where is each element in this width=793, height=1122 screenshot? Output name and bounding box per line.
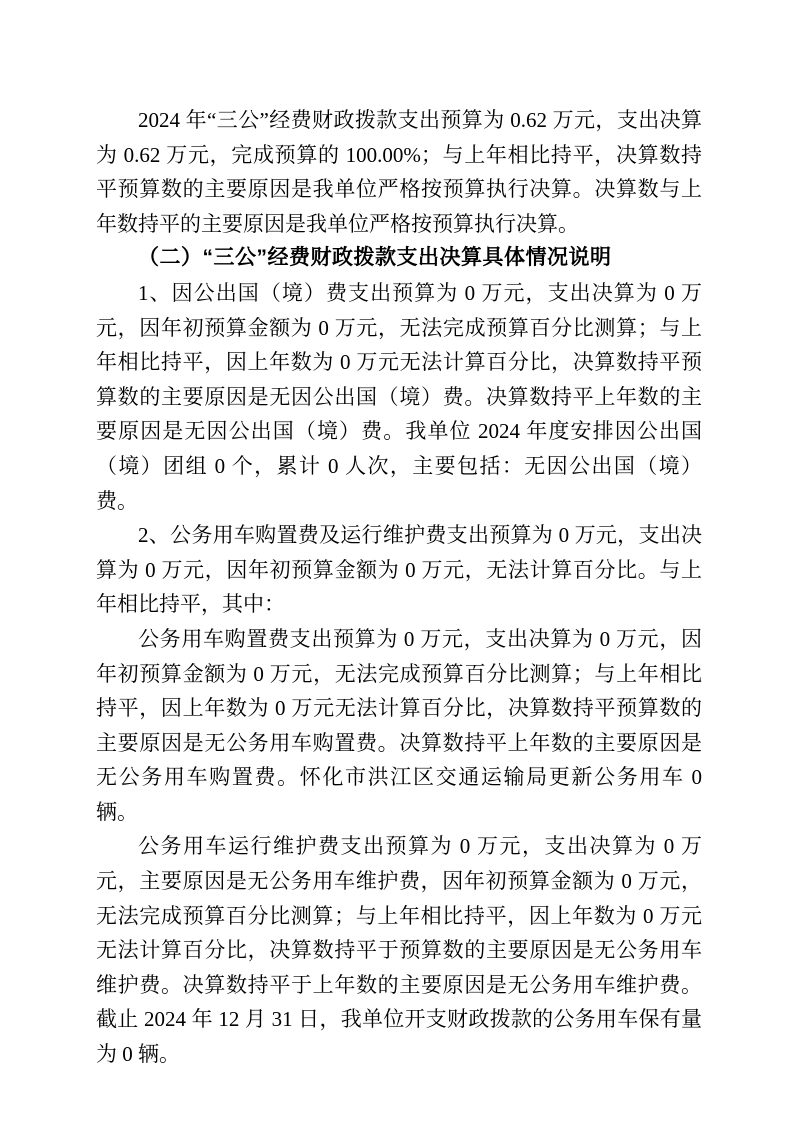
- document-page: 2024 年“三公”经费财政拨款支出预算为 0.62 万元，支出决算为 0.62…: [0, 0, 793, 1122]
- document-body: 2024 年“三公”经费财政拨款支出预算为 0.62 万元，支出决算为 0.62…: [96, 103, 702, 1072]
- paragraph-vehicle-maintenance: 公务用车运行维护费支出预算为 0 万元，支出决算为 0 万元，主要原因是无公务用…: [96, 829, 702, 1071]
- paragraph-vehicle-purchase: 公务用车购置费支出预算为 0 万元，支出决算为 0 万元，因年初预算金额为 0 …: [96, 622, 702, 830]
- paragraph-sangong-summary: 2024 年“三公”经费财政拨款支出预算为 0.62 万元，支出决算为 0.62…: [96, 103, 702, 241]
- paragraph-vehicle-total: 2、公务用车购置费及运行维护费支出预算为 0 万元，支出决算为 0 万元，因年初…: [96, 518, 702, 622]
- section-heading-sangong-details: （二）“三公”经费财政拨款支出决算具体情况说明: [96, 241, 702, 276]
- paragraph-abroad-expense: 1、因公出国（境）费支出预算为 0 万元，支出决算为 0 万元，因年初预算金额为…: [96, 276, 702, 518]
